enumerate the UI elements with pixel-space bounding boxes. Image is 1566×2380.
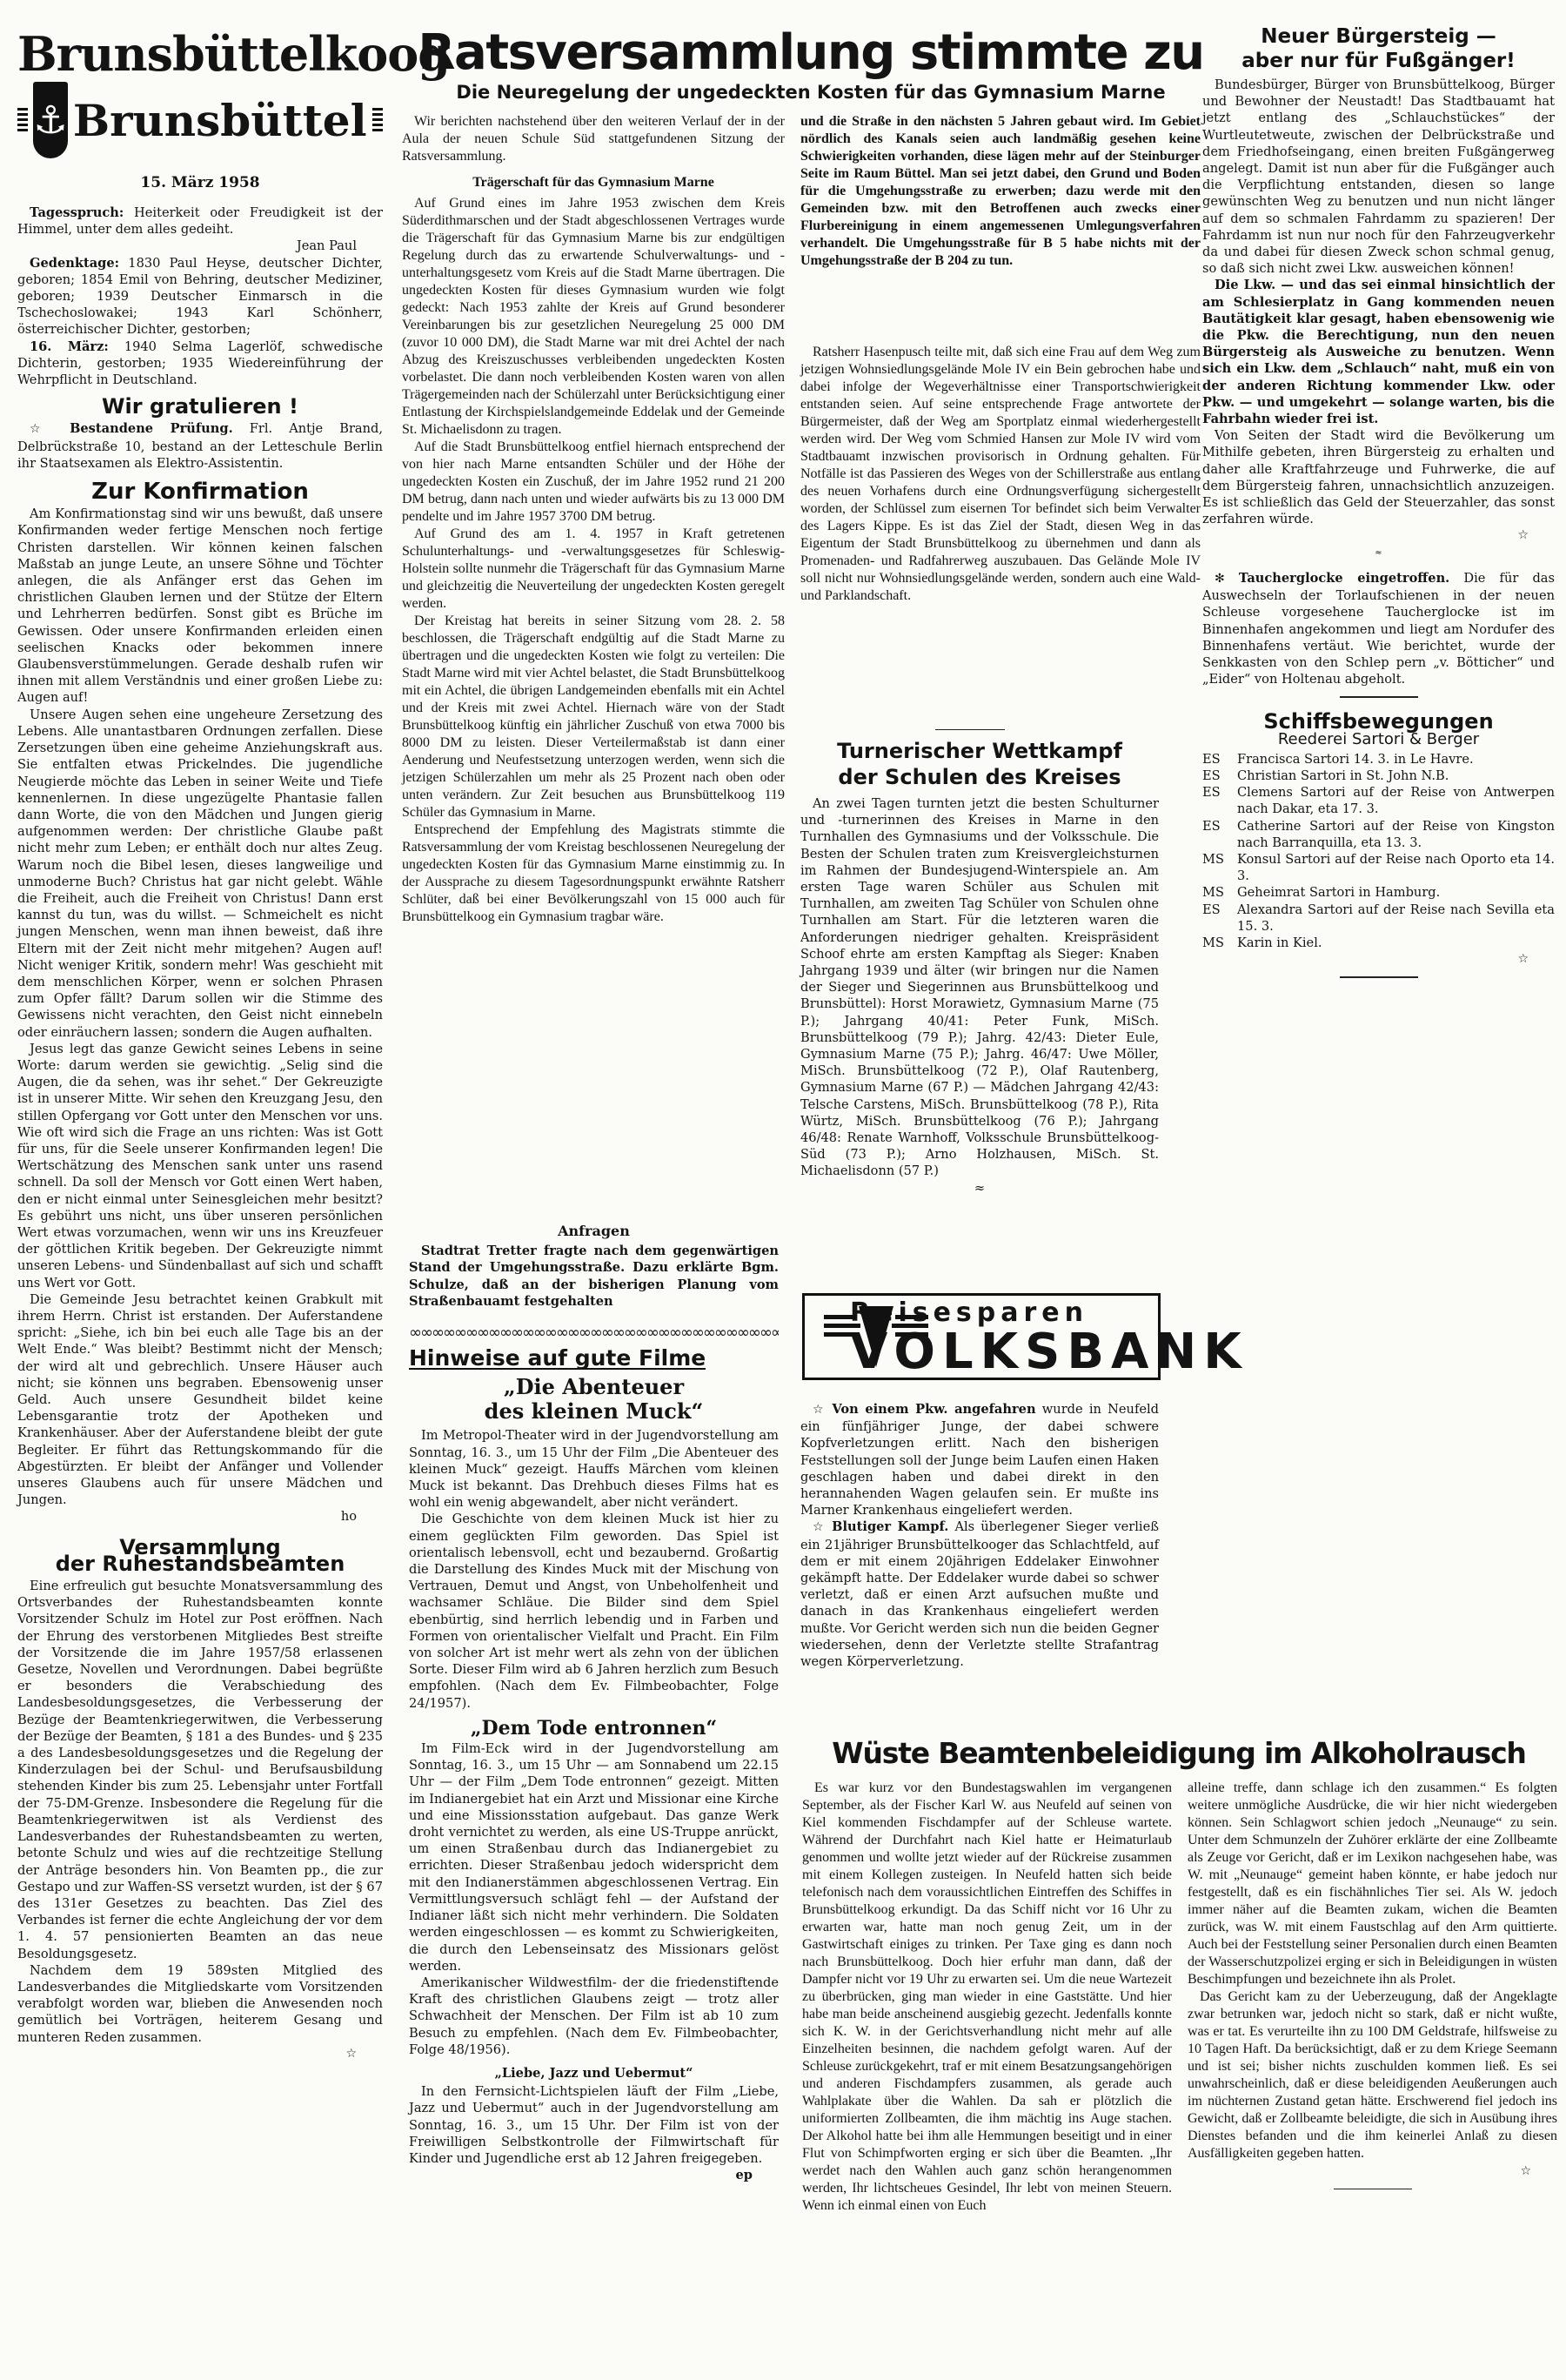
alkohol-headline: Wüste Beamtenbeleidigung im Alkoholrausc… (800, 1736, 1557, 1770)
buergersteig-paragraph: Von Seiten der Stadt wird die Bevölkerun… (1202, 427, 1555, 527)
ship-text: Clemens Sartori auf der Reise von Antwer… (1237, 784, 1555, 817)
pkw-text: wurde in Neufeld ein fünfjähriger Junge,… (800, 1402, 1159, 1518)
pkw-lead: Von einem Pkw. angefahren (832, 1402, 1035, 1417)
ship-text: Christian Sartori in St. John N.B. (1237, 768, 1449, 784)
turnen-article: Turnerischer Wettkampf der Schulen des K… (800, 738, 1159, 1197)
ship-entry: MSGeheimrat Sartori in Hamburg. (1202, 884, 1555, 901)
star-icon: ☆ (813, 1520, 826, 1534)
gedenktage-label: Gedenktage: (30, 256, 119, 271)
alkohol-paragraph: Das Gericht kam zu der Ueberzeugung, daß… (1188, 1988, 1557, 2162)
konfirmation-paragraph: Jesus legt das ganze Gewicht seines Lebe… (17, 1041, 383, 1291)
tagesspruch-label: Tagesspruch: (30, 205, 124, 220)
masthead-title-brunsbuettelkoog: Brunsbüttelkoog (17, 26, 383, 82)
muck-paragraph: Im Metropol-Theater wird in der Jugendvo… (409, 1427, 779, 1511)
ship-type: MS (1202, 935, 1230, 951)
ship-entry: ESFrancisca Sartori 14. 3. in Le Havre. (1202, 751, 1555, 768)
tode-paragraph: Im Film-Eck wird in der Jugendvorstellun… (409, 1740, 779, 1974)
ship-type: ES (1202, 751, 1230, 768)
section-divider (1340, 696, 1418, 698)
anchor-crossed-hammer-shield-icon: ⚓ (33, 82, 67, 158)
konfirmation-paragraph: Unsere Augen sehen eine ungeheure Zerset… (17, 707, 383, 1041)
maerz16-label: 16. März: (30, 339, 109, 354)
konfirmation-heading: Zur Konfirmation (17, 484, 383, 500)
diver-bell-icon: ✻ (1215, 572, 1225, 586)
section-divider (935, 729, 1005, 730)
lead-intro: Wir berichten nachstehend über den weite… (402, 113, 785, 165)
ship-list: ESFrancisca Sartori 14. 3. in Le Havre. … (1202, 751, 1555, 951)
section-divider (1340, 976, 1418, 978)
ship-type: ES (1202, 768, 1230, 784)
star-icon: ☆ (30, 422, 53, 436)
anfragen-block: Anfragen Stadtrat Tretter fragte nach de… (409, 1223, 779, 1310)
ruhestand-paragraph: Eine erfreulich gut besuchte Monatsversa… (17, 1578, 383, 1962)
liebe-heading: „Liebe, Jazz und Uebermut“ (409, 2065, 779, 2082)
tode-paragraph: Amerikanischer Wildwestfilm- der die fri… (409, 1974, 779, 2058)
turnen-heading-line1: Turnerischer Wettkampf (800, 738, 1159, 764)
star-icon: ☆ (1202, 951, 1555, 968)
star-icon: ☆ (813, 1403, 826, 1417)
ship-entry: ESClemens Sartori auf der Reise von Antw… (1202, 784, 1555, 817)
konfirmation-paragraph: Die Gemeinde Jesu betrachtet keinen Grab… (17, 1291, 383, 1509)
star-icon: ☆ (17, 2046, 383, 2062)
taucherglocke-text: Die für das Auswechseln der Torlaufschie… (1202, 571, 1555, 687)
tode-heading: „Dem Tode entronnen“ (409, 1720, 779, 1737)
turnen-text: An zwei Tagen turnten jetzt die besten S… (800, 795, 1159, 1180)
buergersteig-heading-line2: aber nur für Fußgänger! (1202, 49, 1555, 73)
taucherglocke-lead: Taucherglocke eingetroffen. (1239, 571, 1449, 586)
films-section-heading: Hinweise auf gute Filme (409, 1350, 706, 1370)
rope-divider-decoration: ∞∞∞∞∞∞∞∞∞∞∞∞∞∞∞∞∞∞∞∞∞∞∞∞∞∞∞∞∞∞∞∞∞∞ (409, 1324, 779, 1341)
banner-right-decoration (372, 108, 383, 132)
ship-type: ES (1202, 902, 1230, 935)
lead-section-heading: Trägerschaft für das Gymnasium Marne (402, 174, 785, 191)
tagesspruch-author: Jean Paul (17, 238, 383, 254)
alkohol-paragraph: Es war kurz vor den Bundestagswahlen im … (802, 1780, 1172, 2215)
muck-heading-line2: des kleinen Muck“ (409, 1399, 779, 1424)
ship-text: Catherine Sartori auf der Reise von King… (1237, 818, 1555, 851)
lead-paragraph: Auf Grund eines im Jahre 1953 zwischen d… (402, 195, 785, 439)
lead-column-1: Wir berichten nachstehend über den weite… (402, 113, 785, 926)
ship-text: Geheimrat Sartori in Hamburg. (1237, 884, 1440, 901)
anfragen-heading: Anfragen (409, 1223, 779, 1239)
police-reports: ☆ Von einem Pkw. angefahren wurde in Neu… (800, 1401, 1159, 1670)
films-signature: ep (409, 2167, 779, 2183)
lead-paragraph: Entsprechend der Empfehlung des Magistra… (402, 821, 785, 926)
alkohol-column-1: Es war kurz vor den Bundestagswahlen im … (802, 1780, 1172, 2215)
lead-paragraph: Auf Grund des am 1. 4. 1957 in Kraft get… (402, 526, 785, 613)
lead-paragraph: Der Kreistag hat bereits in seiner Sitzu… (402, 613, 785, 821)
ship-text: Francisca Sartori 14. 3. in Le Havre. (1237, 751, 1474, 768)
kampf-text: Als überlegener Sieger verließ ein 21jäh… (800, 1519, 1159, 1669)
small-divider: ≈ (800, 1180, 1159, 1197)
schiffsbewegungen-subheading: Reederei Sartori & Berger (1202, 731, 1555, 748)
buergersteig-paragraph: Bundesbürger, Bürger von Brunsbüttelkoog… (1202, 77, 1555, 277)
alkohol-paragraph: alleine treffe, dann schlage ich den zus… (1188, 1780, 1557, 1988)
turnen-heading-line2: der Schulen des Kreises (800, 764, 1159, 790)
ship-entry: ESAlexandra Sartori auf der Reise nach S… (1202, 902, 1555, 935)
star-icon: ☆ (1188, 2162, 1557, 2180)
gratulieren-heading: Wir gratulieren ! (17, 399, 383, 415)
banner-left-decoration (17, 108, 28, 132)
lead-subheadline: Die Neuregelung der ungedeckten Kosten f… (402, 82, 1220, 103)
left-column: Tagesspruch: Heiterkeit oder Freudigkeit… (17, 204, 383, 2062)
section-divider (1334, 2189, 1412, 2189)
ship-entry: MSKonsul Sartori auf der Reise nach Opor… (1202, 851, 1555, 884)
buergersteig-paragraph-bold: Die Lkw. — und das sei einmal hinsichtli… (1202, 277, 1555, 427)
films-section: ∞∞∞∞∞∞∞∞∞∞∞∞∞∞∞∞∞∞∞∞∞∞∞∞∞∞∞∞∞∞∞∞∞∞ Hinwe… (409, 1324, 779, 2183)
ship-type: MS (1202, 884, 1230, 901)
masthead-title-brunsbuettel: Brunsbüttel (73, 95, 367, 146)
ship-type: ES (1202, 784, 1230, 817)
lead-paragraph: Auf die Stadt Brunsbüttelkoog entfiel hi… (402, 439, 785, 526)
muck-paragraph: Die Geschichte von dem kleinen Muck ist … (409, 1511, 779, 1711)
ship-text: Karin in Kiel. (1237, 935, 1322, 951)
issue-date: 15. März 1958 (17, 174, 383, 191)
ship-type: ES (1202, 818, 1230, 851)
star-icon: ☆ (1202, 527, 1555, 544)
ship-entry: MSKarin in Kiel. (1202, 935, 1555, 951)
anfragen-text: Stadtrat Tretter fragte nach dem gegenwä… (409, 1243, 779, 1310)
buergersteig-heading-line1: Neuer Bürgersteig — (1202, 24, 1555, 49)
lead-column2-regular: Ratsherr Hasenpusch teilte mit, daß sich… (800, 344, 1201, 605)
gratulieren-lead: Bestandene Prüfung. (70, 421, 233, 436)
volksbank-advert: Reisesparen VOLKSBANK (802, 1293, 1161, 1380)
ruhestand-heading-line2: der Ruhestandsbeamten (17, 1556, 383, 1572)
lead-column2-bold: und die Straße in den nächsten 5 Jahren … (800, 113, 1201, 270)
konfirmation-paragraph: Am Konfirmationstag sind wir uns bewußt,… (17, 506, 383, 706)
lead-headline: Ratsversammlung stimmte zu (402, 24, 1220, 81)
konfirmation-signature: ho (17, 1508, 383, 1525)
masthead: Brunsbüttelkoog ⚓ Brunsbüttel 15. März 1… (17, 26, 383, 191)
bleed-through-area (1170, 1392, 1205, 1619)
lead-column-2-cont: Ratsherr Hasenpusch teilte mit, daß sich… (800, 344, 1201, 605)
lead-column-2: und die Straße in den nächsten 5 Jahren … (800, 113, 1201, 270)
alkohol-column-2: alleine treffe, dann schlage ich den zus… (1188, 1780, 1557, 2198)
ship-type: MS (1202, 851, 1230, 884)
ship-entry: ESChristian Sartori in St. John N.B. (1202, 768, 1555, 784)
ship-entry: ESCatherine Sartori auf der Reise von Ki… (1202, 818, 1555, 851)
schiffsbewegungen-heading: Schiffsbewegungen (1202, 714, 1555, 730)
ship-text: Konsul Sartori auf der Reise nach Oporto… (1237, 851, 1555, 884)
muck-heading-line1: „Die Abenteuer (409, 1375, 779, 1399)
buergersteig-article: Neuer Bürgersteig — aber nur für Fußgäng… (1202, 24, 1555, 987)
liebe-text: In den Fernsicht-Lichtspielen läuft der … (409, 2083, 779, 2167)
ship-text: Alexandra Sartori auf der Reise nach Sev… (1237, 902, 1555, 935)
small-divider: ≈ (1202, 545, 1555, 561)
kampf-lead: Blutiger Kampf. (832, 1519, 948, 1534)
ruhestand-paragraph: Nachdem dem 19 589sten Mitglied des Land… (17, 1962, 383, 2046)
